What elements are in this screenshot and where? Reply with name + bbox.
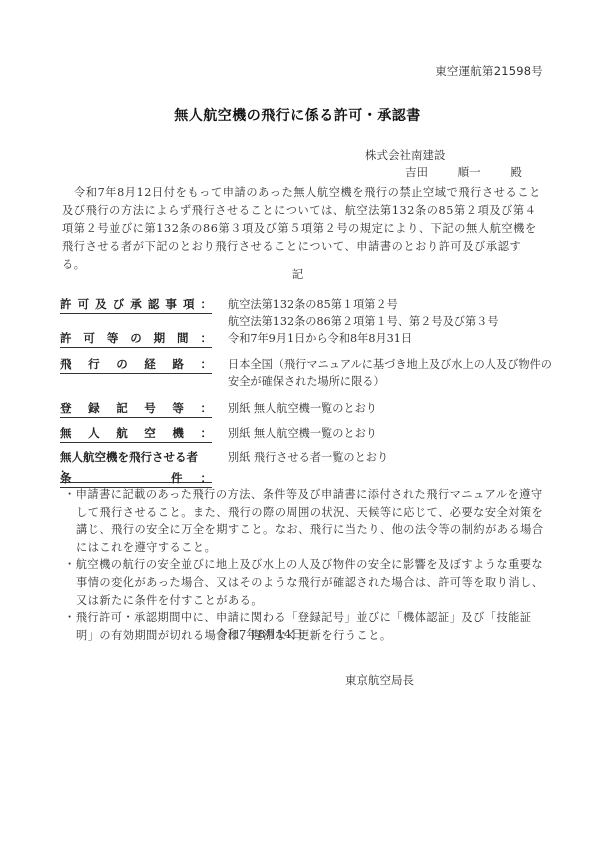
item-label: 登録記号等： — [60, 400, 212, 418]
intro-paragraph: 令和7年8月12日付をもって申請のあった無人航空機を飛行の禁止空域で飛行させるこ… — [62, 184, 544, 274]
condition-item: ・申請書に記載のあった飛行の方法、条件等及び申請書に添付された飛行マニュアルを遵… — [64, 486, 546, 556]
addressee-company: 株式会社南建設 — [365, 147, 536, 164]
addressee: 株式会社南建設 吉田 順一 殿 — [365, 147, 536, 181]
ki-heading: 記 — [0, 266, 595, 282]
issue-date: 令和7年8月14日 — [216, 626, 303, 642]
addressee-honorific: 殿 — [510, 165, 522, 179]
conditions-list: ・申請書に記載のあった飛行の方法、条件等及び申請書に添付された飛行マニュアルを遵… — [64, 486, 546, 644]
item-value: 別紙 無人航空機一覧のとおり — [228, 425, 558, 442]
document-title: 無人航空機の飛行に係る許可・承認書 — [0, 105, 595, 125]
item-label: 許可等の期間： — [60, 330, 212, 348]
permit-document: 東空運航第21598号 無人航空機の飛行に係る許可・承認書 株式会社南建設 吉田… — [0, 0, 595, 841]
issuer: 東京航空局長 — [345, 672, 414, 688]
condition-item: ・航空機の航行の安全並びに地上及び水上の人及び物件の安全に影響を及ぼすような重要… — [64, 556, 546, 609]
document-number: 東空運航第21598号 — [435, 63, 543, 79]
item-value: 航空法第132条の85第１項第２号 航空法第132条の86第２項第１号、第２号及… — [228, 296, 558, 330]
condition-item: ・飛行許可・承認期間中に、申請に関わる「登録記号」並びに「機体認証」及び「技能証… — [64, 609, 546, 644]
addressee-family-name: 吉田 — [405, 165, 428, 179]
item-value: 令和7年9月1日から令和8年8月31日 — [228, 330, 558, 347]
item-value: 日本全国（飛行マニュアルに基づき地上及び水上の人及び物件の安全が確保された場所に… — [228, 356, 558, 390]
addressee-given-name: 順一 — [458, 165, 481, 179]
item-label: 飛行の経路： — [60, 356, 212, 374]
item-value: 別紙 飛行させる者一覧のとおり — [228, 449, 558, 466]
addressee-person: 吉田 順一 殿 — [365, 164, 536, 181]
item-label: 無人航空機： — [60, 425, 212, 443]
item-value: 別紙 無人航空機一覧のとおり — [228, 400, 558, 417]
item-label: 許可及び承認事項： — [60, 296, 212, 314]
